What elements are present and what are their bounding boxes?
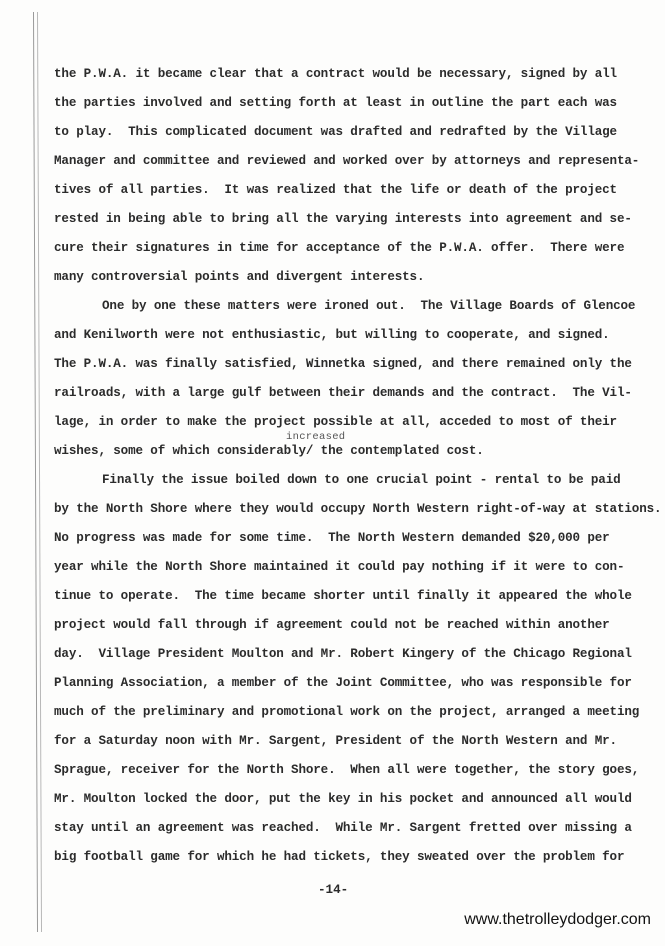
text-line: many controversial points and divergent …	[54, 269, 424, 285]
handwritten-insertion: increased	[286, 431, 345, 443]
text-line: for a Saturday noon with Mr. Sargent, Pr…	[54, 733, 617, 749]
text-line: tinue to operate. The time became shorte…	[54, 588, 632, 604]
text-line: railroads, with a large gulf between the…	[54, 385, 632, 401]
text-line: Manager and committee and reviewed and w…	[54, 153, 639, 169]
text-line: and Kenilworth were not enthusiastic, bu…	[54, 327, 610, 343]
text-line: much of the preliminary and promotional …	[54, 704, 639, 720]
text-line: No progress was made for some time. The …	[54, 530, 610, 546]
text-line: by the North Shore where they would occu…	[54, 501, 661, 517]
text-line: the P.W.A. it became clear that a contra…	[54, 66, 617, 82]
text-line: project would fall through if agreement …	[54, 617, 610, 633]
text-line: wishes, some of which considerably/ the …	[54, 443, 484, 459]
text-line: One by one these matters were ironed out…	[54, 298, 635, 314]
text-line: rested in being able to bring all the va…	[54, 211, 632, 227]
text-line: the parties involved and setting forth a…	[54, 95, 617, 111]
margin-rule	[33, 12, 42, 932]
text-line: Planning Association, a member of the Jo…	[54, 675, 632, 691]
text-line: tives of all parties. It was realized th…	[54, 182, 617, 198]
text-line: to play. This complicated document was d…	[54, 124, 617, 140]
text-line: lage, in order to make the project possi…	[54, 414, 617, 430]
text-line: Finally the issue boiled down to one cru…	[54, 472, 621, 488]
page-number: -14-	[318, 883, 348, 897]
text-line: The P.W.A. was finally satisfied, Winnet…	[54, 356, 632, 372]
text-line: Mr. Moulton locked the door, put the key…	[54, 791, 632, 807]
watermark-url: www.thetrolleydodger.com	[464, 911, 651, 929]
text-line: year while the North Shore maintained it…	[54, 559, 624, 575]
text-line: big football game for which he had ticke…	[54, 849, 624, 865]
text-line: day. Village President Moulton and Mr. R…	[54, 646, 632, 662]
text-line: stay until an agreement was reached. Whi…	[54, 820, 632, 836]
text-line: cure their signatures in time for accept…	[54, 240, 624, 256]
text-line: Sprague, receiver for the North Shore. W…	[54, 762, 639, 778]
